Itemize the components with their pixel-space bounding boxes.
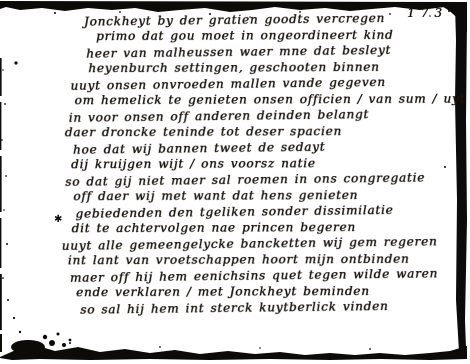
manuscript-text: Jonckheyt by der gratien goodts vercrege… bbox=[0, 10, 464, 318]
scan-blotch-bottom-left bbox=[11, 333, 71, 355]
margin-asterisk-mark: ✱ bbox=[54, 214, 62, 225]
scan-border-bottom bbox=[0, 345, 467, 360]
manuscript-page: 173 Jonckheyt by der gratien goodts verc… bbox=[0, 0, 470, 364]
manuscript-line: so sal hij hem int sterck kuytberlick vi… bbox=[80, 297, 464, 318]
